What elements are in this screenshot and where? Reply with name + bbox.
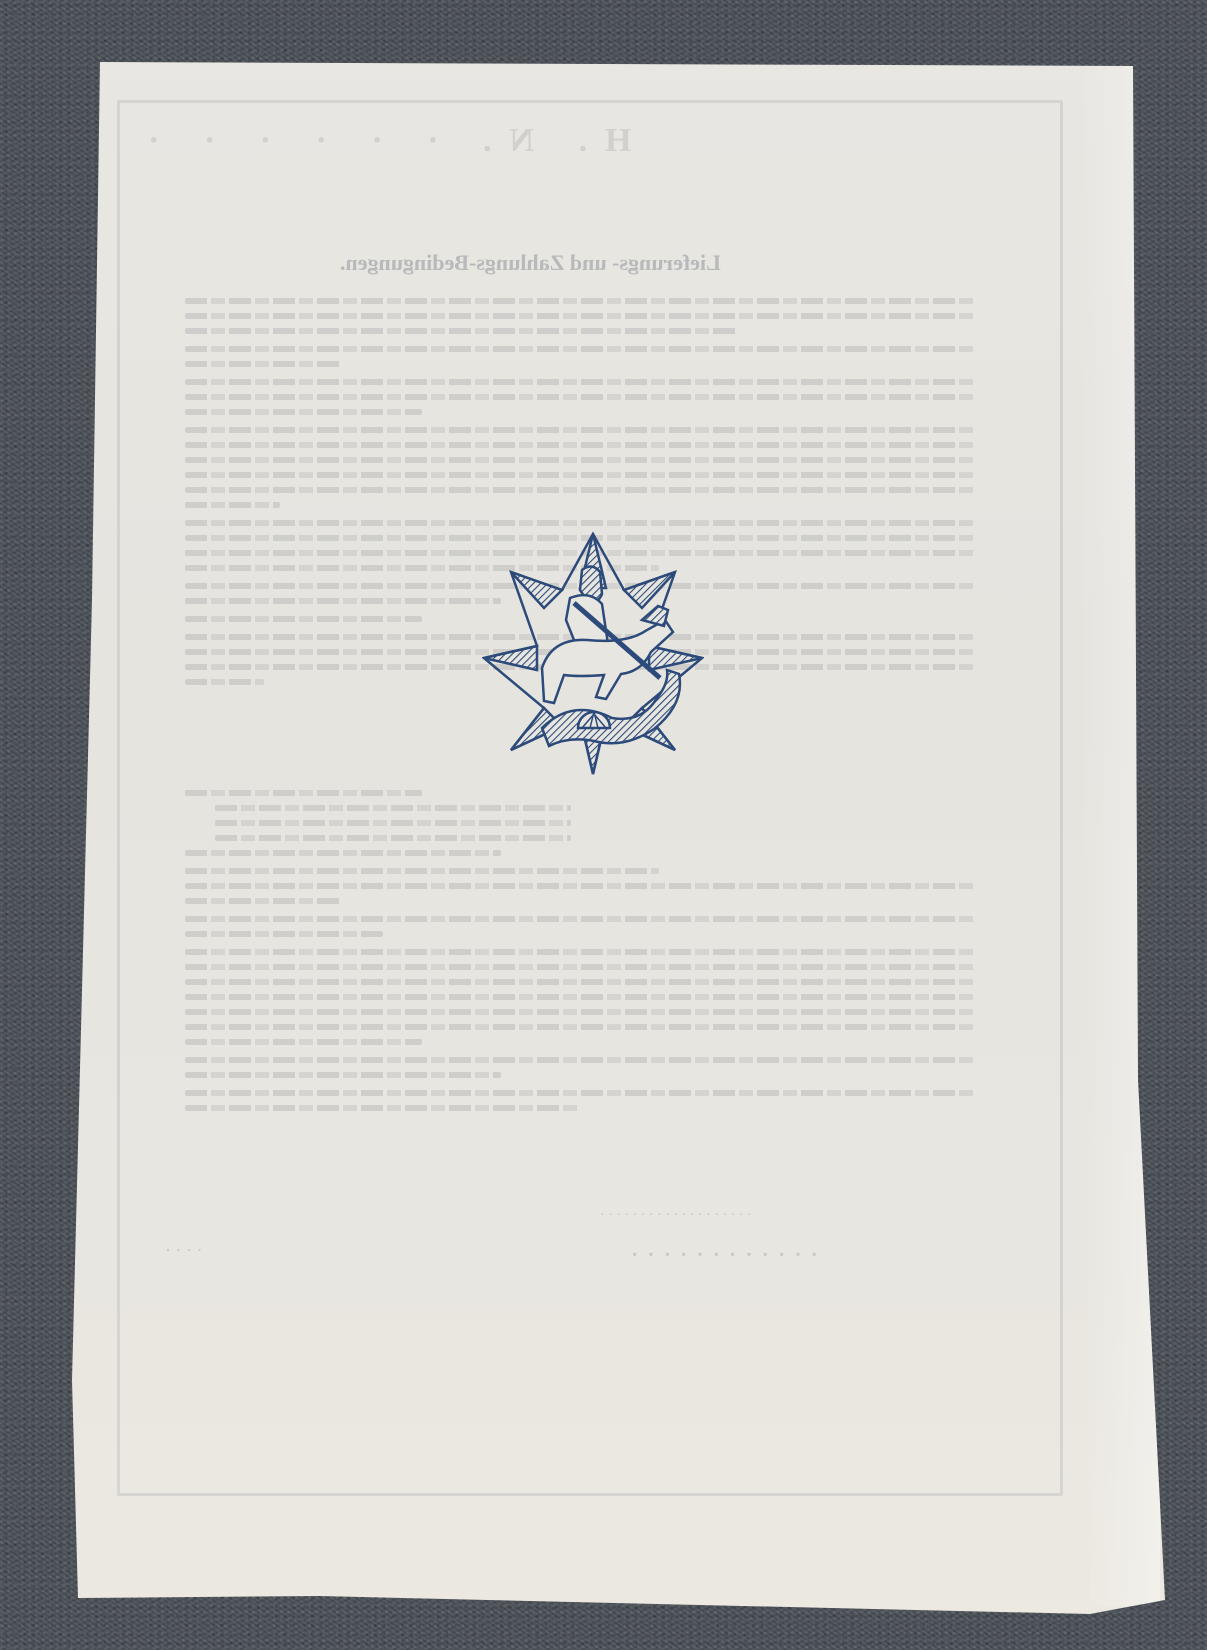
star-ray-top-left [511, 572, 562, 608]
star-ray-top-right [624, 572, 675, 608]
showthrough-masthead: H. N. · · · · · · [130, 122, 632, 160]
star-ray-left [484, 646, 537, 670]
star-ray-right [649, 646, 702, 670]
paper-sheet: H. N. · · · · · · Lieferungs- und Zahlun… [0, 0, 1207, 1650]
showthrough-paragraphs-middle [185, 790, 975, 1120]
st-george-star-emblem [482, 528, 704, 780]
showthrough-signature-line: · · · · · · · · · · · · · · · · · · · [600, 1208, 752, 1224]
showthrough-signature: · · · · · · · · · · · · [630, 1240, 819, 1272]
showthrough-page-number: · [68, 1478, 72, 1493]
showthrough-code: · · · · [165, 1240, 202, 1261]
paper-edge-shade [1080, 66, 1160, 1606]
showthrough-heading: Lieferungs- und Zahlungs-Bedingungen. [340, 250, 721, 276]
